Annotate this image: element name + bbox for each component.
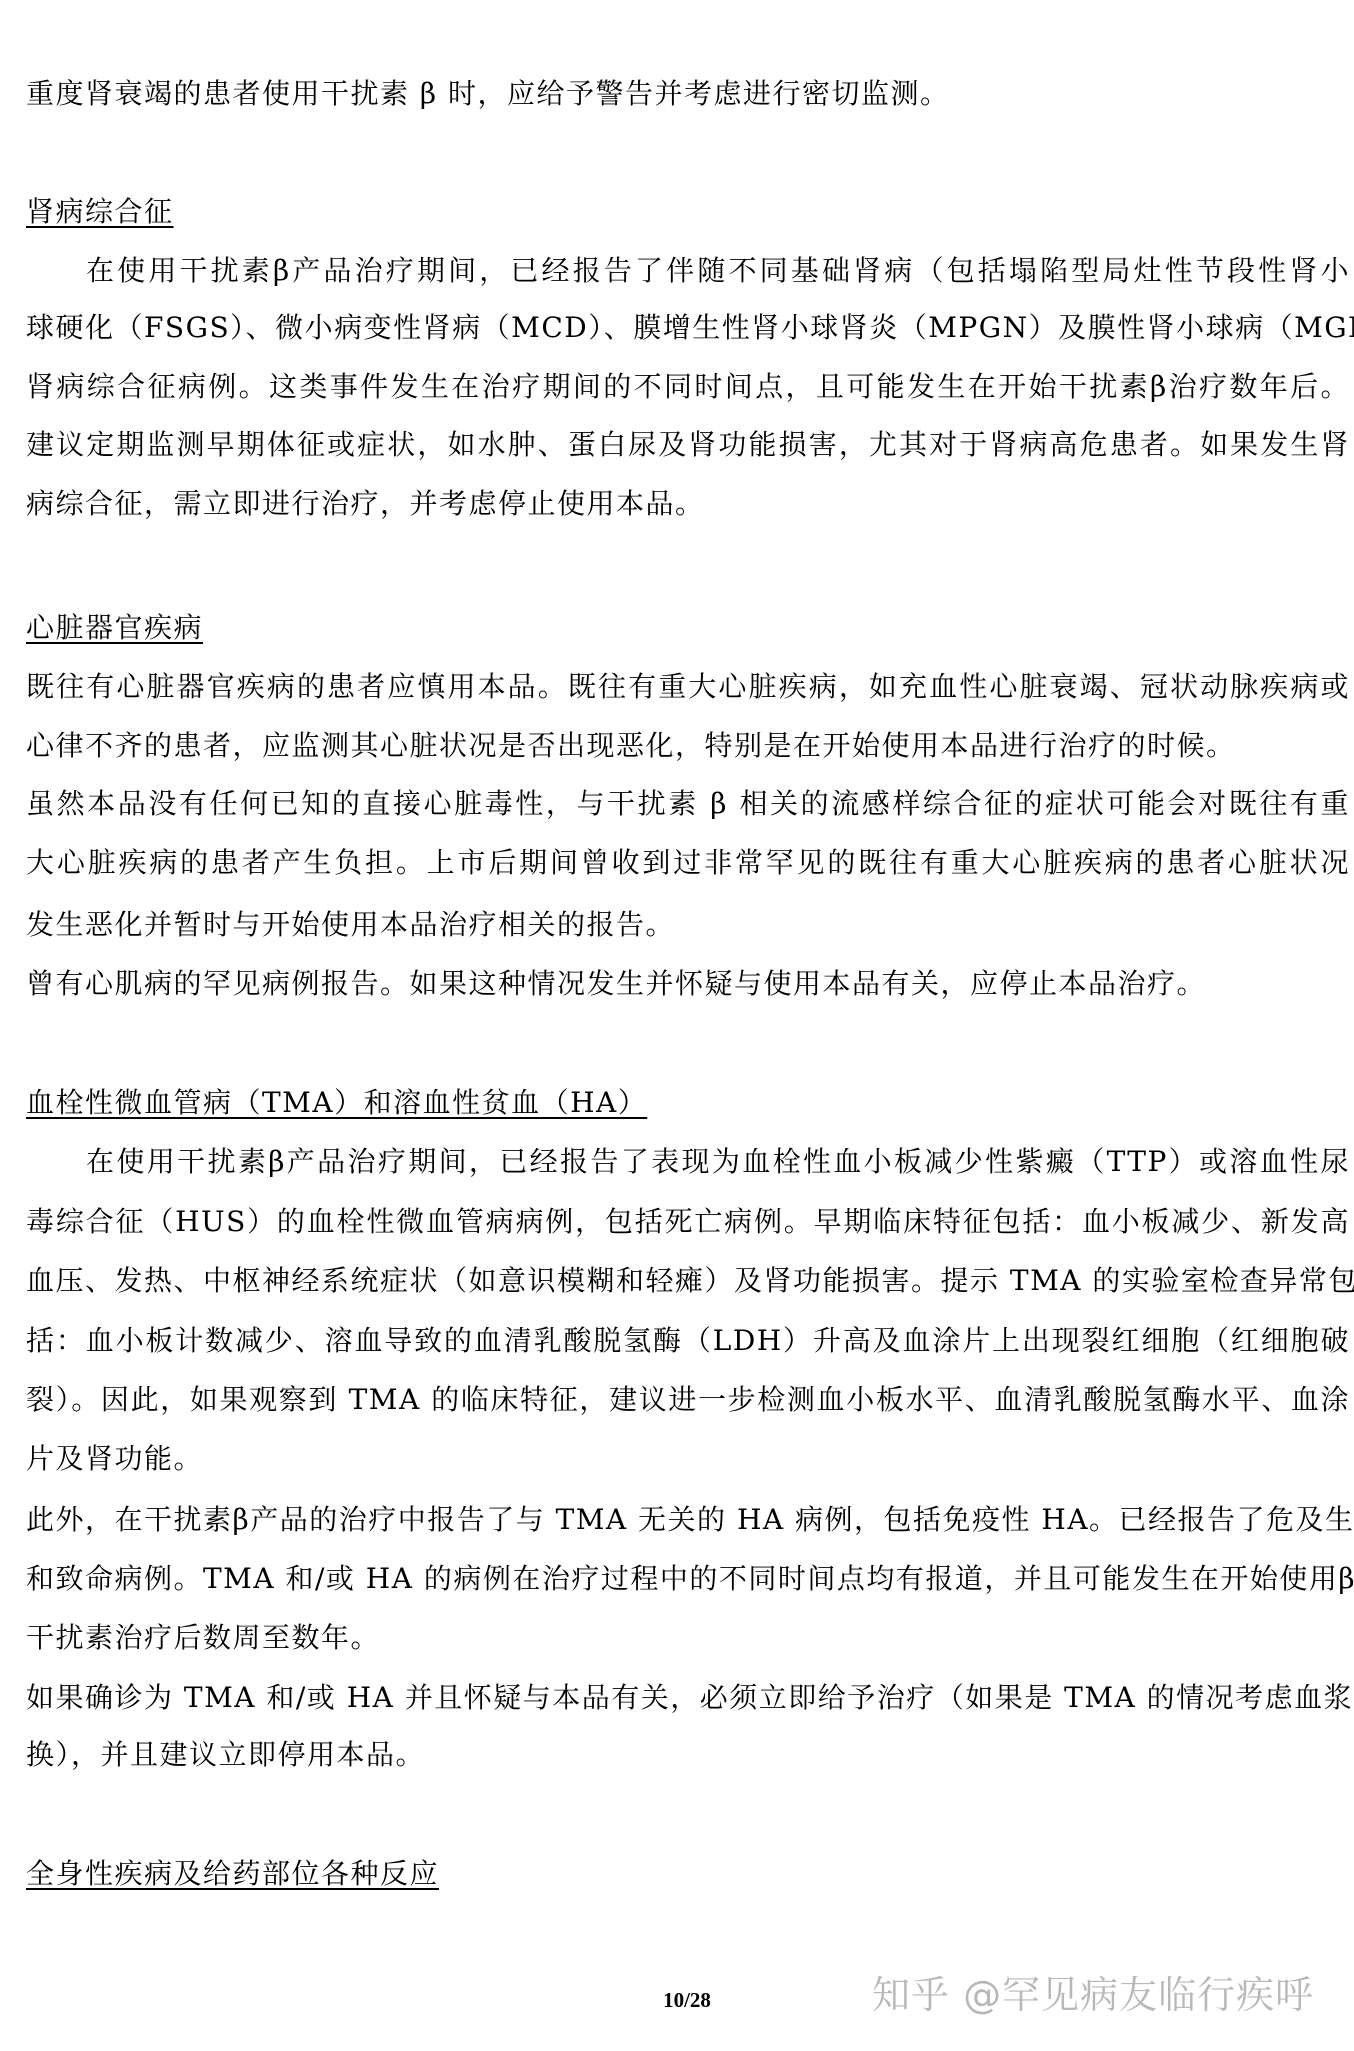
paragraph-line: 换），并且建议立即停用本品。 — [26, 1735, 1350, 1775]
section-heading-general-disorders: 全身性疾病及给药部位各种反应 — [26, 1854, 439, 1894]
page-number: 10/28 — [637, 1986, 737, 2014]
paragraph-line: 毒综合征（HUS）的血栓性微血管病病例，包括死亡病例。早期临床特征包括：血小板减… — [26, 1202, 1350, 1242]
section-heading-nephrotic-syndrome: 肾病综合征 — [26, 192, 174, 232]
paragraph-line: 括：血小板计数减少、溶血导致的血清乳酸脱氢酶（LDH）升高及血涂片上出现裂红细胞… — [26, 1321, 1350, 1361]
paragraph-line: 如果确诊为 TMA 和/或 HA 并且怀疑与本品有关，必须立即给予治疗（如果是 … — [26, 1678, 1350, 1718]
paragraph-line: 大心脏疾病的患者产生负担。上市后期间曾收到过非常罕见的既往有重大心脏疾病的患者心… — [26, 843, 1350, 883]
paragraph-line: 肾病综合征病例。这类事件发生在治疗期间的不同时间点，且可能发生在开始干扰素β治疗… — [26, 367, 1350, 407]
document-page: 重度肾衰竭的患者使用干扰素 β 时，应给予警告并考虑进行密切监测。 肾病综合征 … — [0, 0, 1354, 2051]
paragraph-line: 片及肾功能。 — [26, 1439, 1350, 1479]
paragraph-line: 血压、发热、中枢神经系统症状（如意识模糊和轻瘫）及肾功能损害。提示 TMA 的实… — [26, 1261, 1350, 1301]
section-heading-tma-ha: 血栓性微血管病（TMA）和溶血性贫血（HA） — [26, 1083, 647, 1123]
paragraph-line: 建议定期监测早期体征或症状，如水肿、蛋白尿及肾功能损害，尤其对于肾病高危患者。如… — [26, 425, 1350, 465]
paragraph-line: 此外，在干扰素β产品的治疗中报告了与 TMA 无关的 HA 病例，包括免疫性 H… — [26, 1500, 1350, 1540]
paragraph-line: 裂）。因此，如果观察到 TMA 的临床特征，建议进一步检测血小板水平、血清乳酸脱… — [26, 1380, 1350, 1420]
paragraph-line: 和致命病例。TMA 和/或 HA 的病例在治疗过程中的不同时间点均有报道，并且可… — [26, 1559, 1350, 1599]
paragraph-line: 病综合征，需立即进行治疗，并考虑停止使用本品。 — [26, 484, 1350, 524]
paragraph-line: 干扰素治疗后数周至数年。 — [26, 1618, 1350, 1658]
paragraph-line: 曾有心肌病的罕见病例报告。如果这种情况发生并怀疑与使用本品有关，应停止本品治疗。 — [26, 964, 1350, 1004]
paragraph-line: 虽然本品没有任何已知的直接心脏毒性，与干扰素 β 相关的流感样综合征的症状可能会… — [26, 784, 1350, 824]
paragraph-line: 发生恶化并暂时与开始使用本品治疗相关的报告。 — [26, 905, 1350, 945]
intro-paragraph: 重度肾衰竭的患者使用干扰素 β 时，应给予警告并考虑进行密切监测。 — [26, 74, 1350, 114]
section-heading-cardiac-disorders: 心脏器官疾病 — [26, 608, 203, 648]
paragraph-line: 在使用干扰素β产品治疗期间，已经报告了伴随不同基础肾病（包括塌陷型局灶性节段性肾… — [26, 251, 1350, 291]
paragraph-line: 既往有心脏器官疾病的患者应慎用本品。既往有重大心脏疾病，如充血性心脏衰竭、冠状动… — [26, 667, 1350, 707]
paragraph-line: 球硬化（FSGS）、微小病变性肾病（MCD）、膜增生性肾小球肾炎（MPGN）及膜… — [26, 308, 1350, 348]
watermark: 知乎 @罕见病友临行疾呼 — [872, 1972, 1314, 2018]
paragraph-line: 在使用干扰素β产品治疗期间，已经报告了表现为血栓性血小板减少性紫癜（TTP）或溶… — [26, 1142, 1350, 1182]
paragraph-line: 心律不齐的患者，应监测其心脏状况是否出现恶化，特别是在开始使用本品进行治疗的时候… — [26, 726, 1350, 766]
